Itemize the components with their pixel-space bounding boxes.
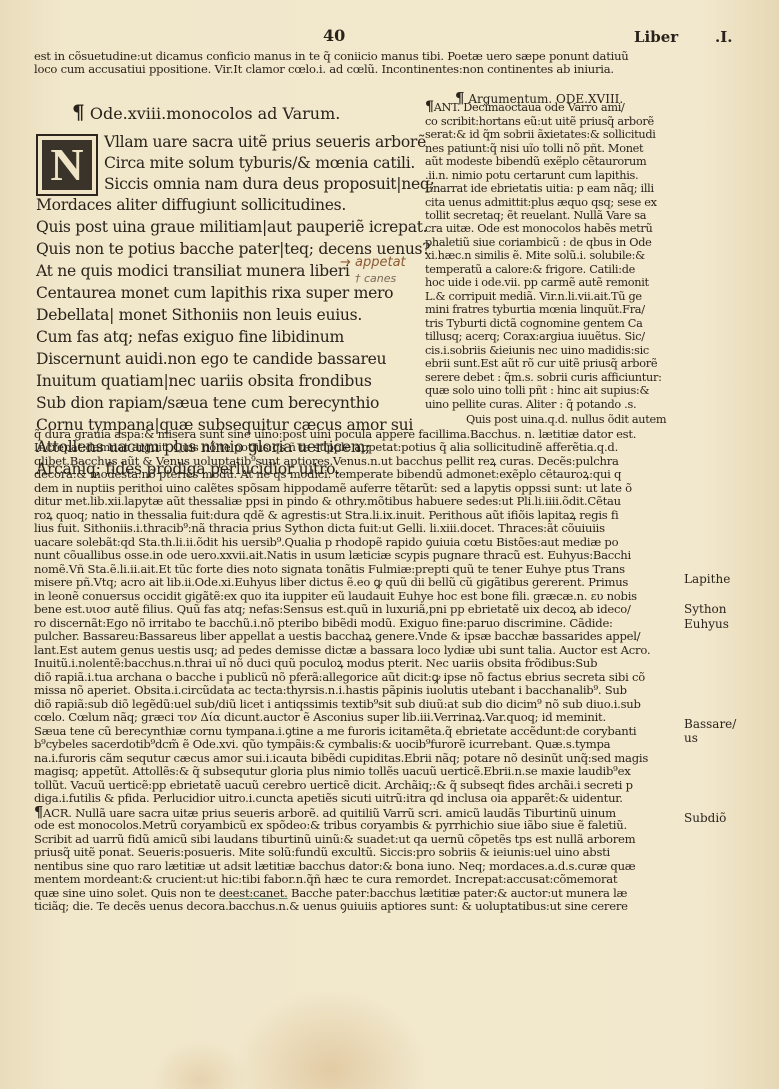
underlined-text: deest:canet. [219, 886, 288, 900]
commentary-line: ditur met.lib.xii.lapytæ aũt thessaliæ p… [34, 495, 621, 508]
argument-line: quæ solo uino tolli pñt : hinc ait supiu… [425, 384, 649, 397]
argument-line: nes patiunt:q̃ nisi uĩo tolli nõ pñt. Mo… [425, 142, 643, 155]
poem-line: Circa mite solum tyburis/& mœnia catili. [104, 154, 415, 173]
argument-line: serat:& id q̃m sobrii ãxietates:& sollic… [425, 128, 656, 141]
poem-line: Cum fas atq; nefas exiguo fine libidinum [36, 328, 344, 347]
poem-line: Centaurea monet cum lapithis rixa super … [36, 284, 393, 303]
commentary-line: Inuitũ.i.nolentẽ:bacchus.n.thrai uĩ nõ d… [34, 657, 597, 670]
argument-line: temperatũ a calore:& frigore. Catili:de [425, 263, 635, 276]
poem-line: Inuitum quatiam|nec uariis obsita frondi… [36, 372, 372, 391]
poem-line: Debellata| monet Sithoniis non leuis eui… [36, 306, 362, 325]
argument-line: tollit secretaq; ẽt reuelant. Nullã Vare… [425, 209, 646, 222]
handwritten-note: † canes [355, 272, 396, 285]
commentary-lead: Quis post uina.q.d. nullus õdit autem [466, 413, 666, 426]
poem-line: Mordaces aliter diffugiunt sollicitudine… [36, 196, 346, 215]
argument-line: co scribit:hortans eũ:ut uitẽ priusq̃ ar… [425, 115, 654, 128]
argument-line: tillusq; acerq; Corax:argiua iuuẽtus. Si… [425, 330, 645, 343]
acr-commentary-line: priusq̃ uitẽ ponat. Seueris:posueris. Mi… [34, 846, 610, 859]
commentary-line: decora:& modesta:nõ pteriẽs modũ. At ne … [34, 468, 621, 481]
decorated-initial: N [36, 134, 98, 196]
page-number: 40 [323, 26, 345, 45]
acr-commentary-line: ticiãq; die. Te decẽs uenus decora.bacch… [34, 900, 628, 913]
pilcrow-icon: ¶ [72, 100, 85, 124]
book-number: .I. [715, 28, 732, 46]
argument-line: L.& corripuit mediã. Vir.n.li.vii.ait.Tũ… [425, 290, 642, 303]
argument-line: cis.i.sobriis &ieiunis nec uino madidis:… [425, 344, 649, 357]
poem-line: Sub dion rapiam/sæua tene cum berecynthi… [36, 394, 379, 413]
poem-line: Vllam uare sacra uitẽ prius seueris arbo… [104, 133, 426, 152]
text-segment: Bacche pater:bacchus lætitiæ pater:& auc… [288, 886, 628, 900]
ode-title: ¶ Ode.xviii.monocolos ad Varum. [72, 100, 340, 124]
poem-line: At ne quis modici transiliat munera libe… [36, 262, 350, 281]
argument-line: hoc uide i ode.vii. pp carmẽ autẽ remoni… [425, 276, 649, 289]
commentary-line: bene est.υιοσ autẽ filius. Quũ fas atq; … [34, 603, 631, 616]
argument-line: phaletiũ siue coriambicũ : de qbus in Od… [425, 236, 652, 249]
initial-letter: N [50, 142, 83, 188]
argument-line: xi.hæc.n similis ẽ. Mite solũ.i. solubil… [425, 249, 645, 262]
argument-line: tris Tyburti dictã cognomine gentem Ca [425, 317, 643, 330]
commentary-line: Increpat:damnat arguit. Quis nõ te potiu… [34, 441, 618, 454]
commentary-line: missa nõ aperiet. Obsita.i.circũdata ac … [34, 684, 627, 697]
commentary-line: pulcher. Bassareu:Bassareus liber appell… [34, 630, 640, 643]
argument-line: uino pellite curas. Aliter : q̃ potando … [425, 398, 636, 411]
poem-line: Quis post uina graue militiam|aut pauper… [36, 218, 427, 237]
acr-commentary-line: ode est monocolos.Metrũ coryambicũ ex sp… [34, 819, 627, 832]
margin-note: us [684, 732, 698, 745]
commentary-line: cœlo. Cœlum nãq; græci τον Δία dicunt.au… [34, 711, 606, 724]
ode-title-text: Ode.xviii.monocolos ad Varum. [90, 104, 341, 123]
argument-line: cra uitæ. Ode est monocolos habẽs metrũ [425, 222, 652, 235]
margin-note: Subdiõ [684, 812, 726, 825]
margin-note: Lapithe [684, 573, 730, 586]
running-title: Liber [634, 28, 678, 46]
margin-note: Bassare/ [684, 718, 736, 731]
commentary-line: b⁹cybeles sacerdotib⁹dcm̃ ẽ Ode.xvi. qũo… [34, 738, 610, 751]
argument-text: ANT. Decimaoctaua ode Varro ami/ [434, 101, 625, 114]
top-line: loco cum accusatiui ppositione. Vir.It c… [34, 63, 614, 76]
handwritten-note: → appetat [340, 255, 406, 270]
poem-line: Discernunt auidi.non ego te candide bass… [36, 350, 386, 369]
commentary-line: nunt cõuallibus osse.in ode uero.xxvii.a… [34, 549, 631, 562]
acr-commentary-line: mentem mordeant:& crucient:ut hic:tibi f… [34, 873, 617, 886]
argument-line: ¶ANT. Decimaoctaua ode Varro ami/ [425, 101, 625, 114]
commentary-line: misere pñ.Vtq; acro ait lib.ii.Ode.xi.Eu… [34, 576, 628, 589]
poem-line: Siccis omnia nam dura deus proposuit|neq… [104, 175, 435, 194]
argument-line: Enarrat ide ebrietatis uitia: p eam nãq;… [425, 182, 654, 195]
argument-line: mini fratres tyburtia mœnia linquũt.Fra/ [425, 303, 645, 316]
commentary-line: magisq; appetũt. Attollẽs:& q̃ subsequtu… [34, 765, 630, 778]
book-page: 40 Liber .I. est in cõsuetudine:ut dicam… [0, 0, 779, 1089]
argument-line: serere debet : q̃m.s. sobrii curis affic… [425, 371, 662, 384]
commentary-line: lius fuit. Sithoniis.i.thracib⁹:nã thrac… [34, 522, 605, 535]
margin-note: Sython [684, 603, 727, 616]
argument-line: ebrii sunt.Est aũt rõ cur uitẽ priusq̃ a… [425, 357, 657, 370]
argument-line: cita uenus admittit:plus æquo qsq; sese … [425, 196, 657, 209]
margin-note: Euhyus [684, 618, 729, 631]
commentary-line: diga.i.futilis & pfida. Perlucidior uitr… [34, 792, 623, 805]
argument-line: .ii.n. nimio potu certarunt cum lapithis… [425, 169, 638, 182]
pilcrow-icon: ¶ [425, 99, 434, 115]
argument-line: aũt modeste bibendũ exẽplo cẽtaurorum [425, 155, 646, 168]
text-segment: quæ sine uino solet. Quis non te [34, 886, 219, 900]
